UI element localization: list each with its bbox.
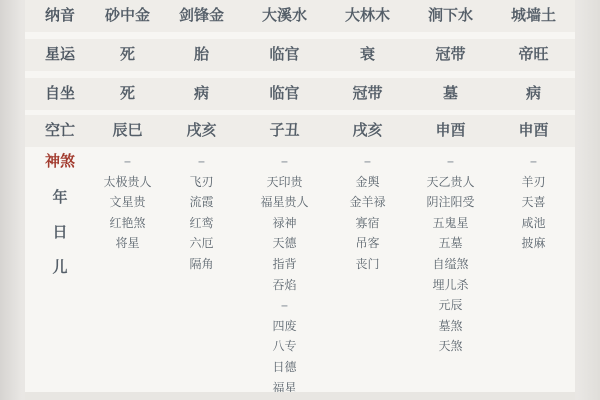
zizuo-value: 死 [95,78,160,110]
shensha-item: 五鬼星 [409,213,492,234]
shensha-item: 披麻 [492,233,575,254]
row-label-xingyun: 星运 [25,39,95,71]
shensha-item: 天德 [243,233,326,254]
shensha-item: 文星贵 [95,192,160,213]
shensha-item: 飞刃 [160,172,243,193]
shensha-item: 禄神 [243,213,326,234]
kongwang-value: 申酉 [409,115,492,147]
shensha-item: – [160,151,243,172]
kongwang-value: 戌亥 [326,115,409,147]
pillar-label-child: 儿 [25,259,95,277]
pillar-label-year: 年 [25,189,95,207]
kongwang-value: 辰巳 [95,115,160,147]
shensha-item: 将星 [95,233,160,254]
pillar-label-day: 日 [25,224,95,242]
shensha-item: 金羊禄 [326,192,409,213]
nayin-value: 大溪水 [243,0,326,32]
shensha-item: 羊刃 [492,172,575,193]
zizuo-value: 病 [160,78,243,110]
shensha-item: 天喜 [492,192,575,213]
row-label-zizuo: 自坐 [25,78,95,110]
nayin-value: 大林木 [326,0,409,32]
shensha-item: 太极贵人 [95,172,160,193]
xingyun-value: 死 [95,39,160,71]
xingyun-value: 帝旺 [492,39,575,71]
shensha-item: 隔角 [160,254,243,275]
shensha-item: 红艳煞 [95,213,160,234]
bazi-chart-card: 纳音 砂中金 剑锋金 大溪水 大林木 涧下水 城墙土 星运 死 胎 临官 衰 冠… [25,0,575,400]
shensha-item: 八专 [243,336,326,357]
shensha-column-1: –太极贵人文星贵红艳煞将星 [95,151,160,254]
shensha-item: 红鸾 [160,213,243,234]
row-kongwang: 空亡 辰巳 戌亥 子丑 戌亥 申酉 申酉 [25,115,575,147]
shensha-item: 埋儿杀 [409,275,492,296]
nayin-value: 砂中金 [95,0,160,32]
shensha-section-label: 神煞 [25,153,95,171]
xingyun-value: 衰 [326,39,409,71]
xingyun-value: 胎 [160,39,243,71]
shensha-column-6: –羊刃天喜咸池披麻 [492,151,575,254]
shensha-item: – [492,151,575,172]
zizuo-value: 临官 [243,78,326,110]
shensha-item: – [243,295,326,316]
shensha-item: 自缢煞 [409,254,492,275]
shensha-item: – [409,151,492,172]
kongwang-value: 子丑 [243,115,326,147]
shensha-item: 吞焰 [243,275,326,296]
shensha-item: 指背 [243,254,326,275]
shensha-item: – [326,151,409,172]
next-row-edge [25,392,575,400]
row-xingyun: 星运 死 胎 临官 衰 冠带 帝旺 [25,39,575,71]
nayin-value: 剑锋金 [160,0,243,32]
kongwang-value: 申酉 [492,115,575,147]
shensha-item: 福星贵人 [243,192,326,213]
row-zizuo: 自坐 死 病 临官 冠带 墓 病 [25,78,575,110]
shensha-item: 天乙贵人 [409,172,492,193]
shensha-item: 五墓 [409,233,492,254]
shensha-item: 墓煞 [409,316,492,337]
shensha-item: 寡宿 [326,213,409,234]
shensha-item: 元辰 [409,295,492,316]
nayin-value: 涧下水 [409,0,492,32]
shensha-column-2: –飞刃流霞红鸾六厄隔角 [160,151,243,275]
shensha-column-5: –天乙贵人阴注阳受五鬼星五墓自缢煞埋儿杀元辰墓煞天煞 [409,151,492,357]
shensha-item: 丧门 [326,254,409,275]
shensha-item: 天煞 [409,336,492,357]
shensha-item: 阴注阳受 [409,192,492,213]
shensha-item: – [243,151,326,172]
row-label-nayin: 纳音 [25,0,95,32]
shensha-item: 咸池 [492,213,575,234]
shensha-item: 天印贵 [243,172,326,193]
shensha-item: 日德 [243,357,326,378]
xingyun-value: 冠带 [409,39,492,71]
kongwang-value: 戌亥 [160,115,243,147]
row-label-kongwang: 空亡 [25,115,95,147]
row-nayin: 纳音 砂中金 剑锋金 大溪水 大林木 涧下水 城墙土 [25,0,575,32]
shensha-item: 四废 [243,316,326,337]
nayin-value: 城墙土 [492,0,575,32]
zizuo-value: 冠带 [326,78,409,110]
shensha-item: 金舆 [326,172,409,193]
shensha-item: 吊客 [326,233,409,254]
zizuo-value: 病 [492,78,575,110]
shensha-column-3: –天印贵福星贵人禄神天德指背吞焰–四废八专日德福星 [243,151,326,398]
shensha-item: 流霞 [160,192,243,213]
shensha-item: – [95,151,160,172]
xingyun-value: 临官 [243,39,326,71]
shensha-item: 六厄 [160,233,243,254]
shensha-column-4: –金舆金羊禄寡宿吊客丧门 [326,151,409,275]
zizuo-value: 墓 [409,78,492,110]
